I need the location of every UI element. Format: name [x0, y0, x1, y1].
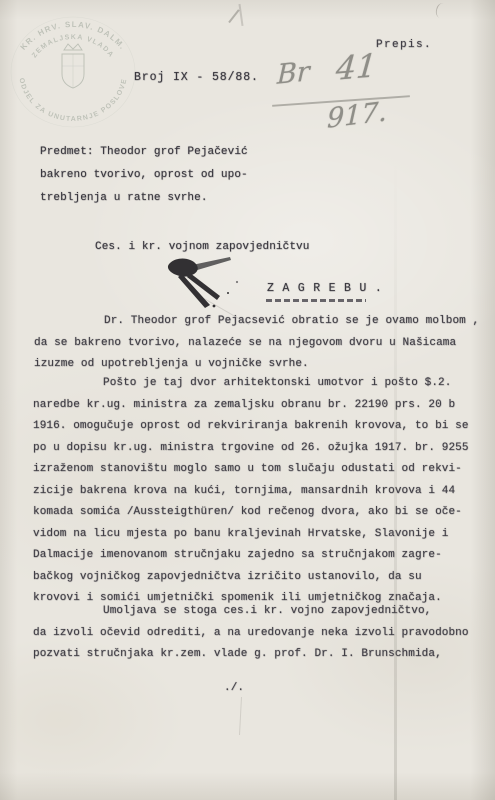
pencil-number-year: 917.: [327, 96, 388, 135]
copy-label: Prepis.: [376, 39, 432, 51]
typed-line: po u dopisu kr.ug. ministra trgovine od …: [33, 438, 469, 460]
subject-block: Predmet: Theodor grof Pejačevićbakreno t…: [40, 141, 248, 211]
pencil-scribble: [228, 9, 239, 23]
typed-line: zicije bakrena krova na kući, tornjima, …: [33, 481, 469, 503]
body-paragraph-2: Pošto je taj dvor arhitektonski umotvor …: [33, 373, 469, 610]
ink-blot: [142, 252, 262, 316]
typed-line: vidom na licu mjesta po banu kraljevinah…: [33, 524, 469, 546]
typed-line: bačkog vojničkog zapovjedničtva izričito…: [33, 567, 469, 589]
seal-coat-of-arms: [62, 44, 84, 88]
body-paragraph-1: Dr. Theodor grof Pejacsević obratio se j…: [34, 311, 479, 376]
city-line: Z A G R E B U .: [267, 282, 383, 295]
body-paragraph-3: Umoljava se stoga ces.i kr. vojno zapovj…: [33, 601, 469, 666]
typed-line: 1916. omogučuje oprost od rekviriranja b…: [33, 416, 469, 438]
continuation-mark: ./.: [224, 682, 244, 694]
typed-line: Dr. Theodor grof Pejacsević obratio se j…: [34, 311, 479, 333]
typed-line: da izvoli očevid odrediti, a na uredovan…: [33, 623, 469, 645]
typed-line: Dalmacije imenovanom stručnjaku zajedno …: [33, 545, 469, 567]
embossed-seal: KR. HRV. SLAV. DALM. ZEMALJSKA VLADA ODJ…: [6, 12, 140, 130]
typed-line: Pošto je taj dvor arhitektonski umotvor …: [33, 373, 469, 395]
city-underline: [266, 299, 366, 302]
pencil-number-value: 41: [334, 46, 378, 88]
typed-line: naredbe kr.ug. ministra za zemaljsku obr…: [33, 395, 469, 417]
typed-line: bakreno tvorivo, oprost od upo-: [40, 164, 248, 187]
pencil-number-prefix: Br: [277, 56, 311, 91]
file-number: Broj IX - 58/88.: [134, 71, 259, 84]
pencil-scribble: [238, 4, 243, 26]
typed-line: pozvati stručnjaka kr.zem. vlade g. prof…: [33, 644, 469, 666]
typed-line: trebljenja u ratne svrhe.: [40, 187, 248, 210]
pencil-vertical-stroke: [239, 697, 242, 735]
document-scan: KR. HRV. SLAV. DALM. ZEMALJSKA VLADA ODJ…: [0, 0, 495, 800]
typed-line: izraženom stanovištu moglo samo u tom sl…: [33, 459, 469, 481]
typed-line: Umoljava se stoga ces.i kr. vojno zapovj…: [33, 601, 469, 623]
typed-line: Predmet: Theodor grof Pejačević: [40, 141, 248, 164]
typed-line: da se bakreno tvorivo, nalazeće se na nj…: [34, 333, 479, 355]
typed-line: komada somića /Aussteigthüren/ kod rečen…: [33, 502, 469, 524]
pencil-corner-mark: [434, 2, 448, 19]
paper-crease: [394, 160, 397, 800]
